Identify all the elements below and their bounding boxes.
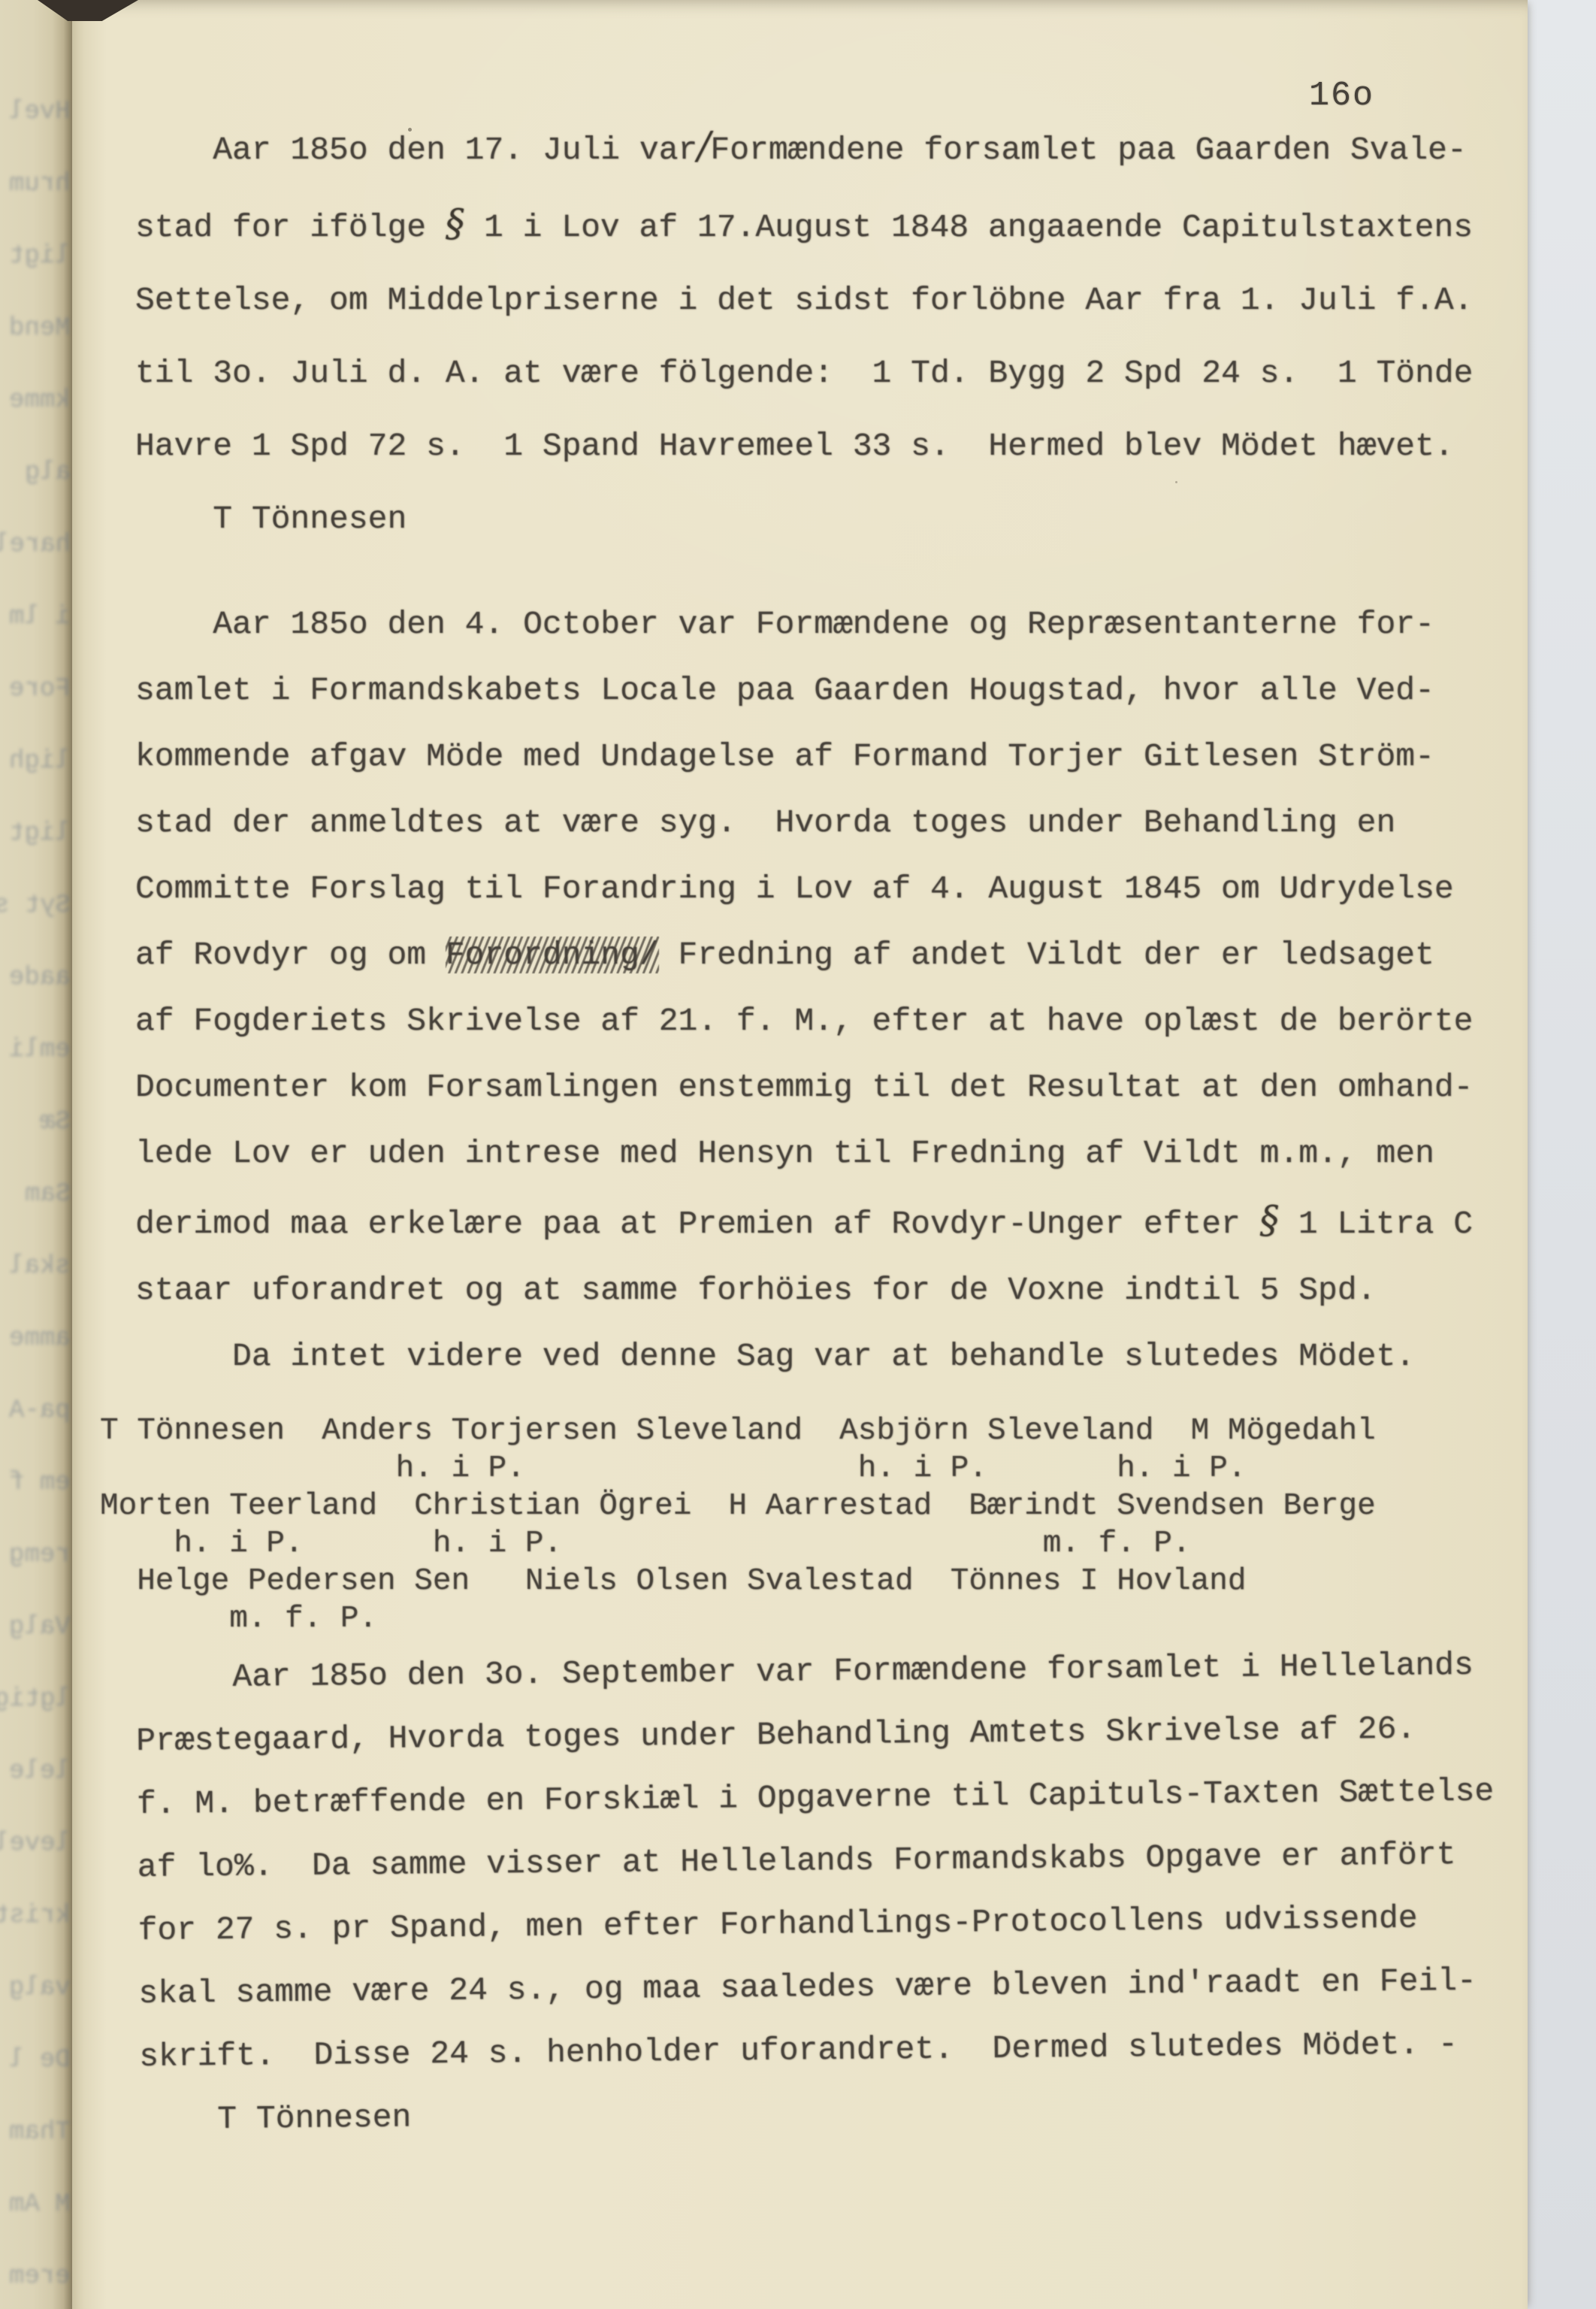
text-line: ligt bbox=[9, 242, 71, 271]
signature-block: T Tönnesen Anders Torjersen Sleveland As… bbox=[100, 1412, 1510, 1638]
text-line: T Tönnesen bbox=[135, 483, 1510, 555]
text-line: m. f. P. bbox=[100, 1600, 1510, 1638]
text-line: kmme bbox=[9, 386, 71, 415]
text-line: pa-A bbox=[9, 1397, 71, 1425]
ghost-text-column: HvelhrumligtMendkmmealghareli lmForeligh… bbox=[0, 98, 71, 2291]
text-line: Sam bbox=[25, 1180, 71, 1209]
text-span: 1 i Lov af 17.August 1848 angaaende Capi… bbox=[464, 209, 1473, 246]
hand-mark: / bbox=[697, 123, 710, 168]
text-line: derimod maa erkelære paa at Premien af R… bbox=[135, 1187, 1510, 1257]
text-span: Formændene forsamlet paa Gaarden Svale- bbox=[710, 132, 1466, 168]
scanned-document: HvelhrumligtMendkmmealghareli lmForeligh… bbox=[0, 0, 1596, 2309]
text-line: alg bbox=[25, 458, 71, 487]
text-line: stad der anmeldtes at være syg. Hvorda t… bbox=[135, 790, 1510, 856]
text-line: ligt bbox=[9, 819, 71, 848]
text-line: Documenter kom Forsamlingen enstemmig ti… bbox=[135, 1055, 1510, 1121]
text-line: h. i P. h. i P. h. i P. bbox=[100, 1450, 1510, 1487]
text-line: samlet i Formandskabets Locale paa Gaard… bbox=[135, 658, 1510, 724]
text-span: Fredning af andet Vildt der er ledsaget bbox=[659, 937, 1434, 973]
text-line: lele bbox=[9, 1757, 71, 1786]
document-text: Aar 185o den 17. Juli var/Formændene for… bbox=[135, 109, 1510, 2152]
text-line: Syt s bbox=[0, 891, 71, 920]
text-line: aade bbox=[9, 964, 71, 992]
text-line: krist bbox=[0, 1902, 71, 1930]
text-line: emli bbox=[9, 1036, 71, 1064]
text-line: Aar 185o den 17. Juli var/Formændene for… bbox=[135, 109, 1510, 186]
hand-mark: § bbox=[1260, 1197, 1279, 1242]
text-line: Da intet videre ved denne Sag var at beh… bbox=[135, 1324, 1510, 1390]
paragraph-3: Aar 185o den 3o. September var Formænden… bbox=[135, 1633, 1515, 2152]
text-line: Sæ bbox=[40, 1108, 71, 1136]
text-line: Morten Teerland Christian Ögrei H Aarres… bbox=[100, 1487, 1510, 1525]
text-line: M Am bbox=[9, 2190, 71, 2219]
text-line: Tham bbox=[9, 2118, 71, 2147]
text-line: erem bbox=[9, 2262, 71, 2291]
paper-speck bbox=[1175, 481, 1177, 483]
text-line: skal bbox=[9, 1252, 71, 1281]
text-line: T Tönnesen Anders Torjersen Sleveland As… bbox=[100, 1412, 1510, 1450]
text-line: kommende afgav Möde med Undagelse af For… bbox=[135, 724, 1510, 790]
paragraph-2: Aar 185o den 4. October var Formændene o… bbox=[135, 592, 1510, 1390]
text-line: Aar 185o den 4. October var Formændene o… bbox=[135, 592, 1510, 658]
text-line: T Tönnesen bbox=[140, 2075, 1516, 2152]
text-line: lede Lov er uden intrese med Hensyn til … bbox=[135, 1121, 1510, 1187]
hand-mark: § bbox=[446, 201, 464, 245]
text-line: harel bbox=[0, 531, 71, 559]
text-span: stad for ifölge bbox=[135, 209, 446, 246]
text-line: stad for ifölge § 1 i Lov af 17.August 1… bbox=[135, 186, 1510, 264]
text-line: hrum bbox=[9, 170, 71, 198]
text-line: til 3o. Juli d. A. at være fölgende: 1 T… bbox=[135, 337, 1510, 410]
text-line: Helge Pedersen Sen Niels Olsen Svalestad… bbox=[100, 1563, 1510, 1600]
struck-mark: Forordning/ bbox=[446, 937, 659, 973]
text-line: af Fogderiets Skrivelse af 21. f. M., ef… bbox=[135, 988, 1510, 1055]
text-span: af Rovdyr og om bbox=[135, 937, 446, 973]
text-line: valg bbox=[9, 1974, 71, 2002]
paper-speck bbox=[408, 128, 412, 132]
text-line: ligh bbox=[9, 747, 71, 776]
text-line: em f bbox=[9, 1469, 71, 1497]
adjacent-page-edge bbox=[1528, 0, 1596, 2309]
text-line: remg bbox=[9, 1541, 71, 1569]
text-line: Settelse, om Middelpriserne i det sidst … bbox=[135, 264, 1510, 337]
document-page: 16o Aar 185o den 17. Juli var/Formændene… bbox=[72, 0, 1528, 2309]
text-line: level bbox=[0, 1829, 71, 1858]
text-line: Hvel bbox=[9, 98, 71, 126]
text-line: af Rovdyr og om Forordning/ Fredning af … bbox=[135, 922, 1510, 988]
text-line: Mend bbox=[9, 314, 71, 343]
text-line: Committe Forslag til Forandring i Lov af… bbox=[135, 856, 1510, 922]
text-line: Valg bbox=[9, 1613, 71, 1642]
text-span: Aar 185o den 17. Juli var bbox=[135, 132, 697, 168]
text-line: staar uforandret og at samme forhöies fo… bbox=[135, 1257, 1510, 1324]
text-line: De l bbox=[9, 2046, 71, 2074]
text-line: skrift. Disse 24 s. henholder uforandret… bbox=[139, 2012, 1515, 2089]
text-line: lgtig bbox=[0, 1685, 71, 1714]
text-line: Fore bbox=[9, 675, 71, 704]
text-line: h. i P. h. i P. m. f. P. bbox=[100, 1525, 1510, 1563]
text-span: derimod maa erkelære paa at Premien af R… bbox=[135, 1206, 1260, 1242]
text-span: 1 Litra C bbox=[1279, 1206, 1473, 1242]
paragraph-1: Aar 185o den 17. Juli var/Formændene for… bbox=[135, 109, 1510, 555]
text-line: i lm bbox=[9, 603, 71, 631]
text-line: amme bbox=[9, 1324, 71, 1353]
text-line: Havre 1 Spd 72 s. 1 Spand Havremeel 33 s… bbox=[135, 410, 1510, 483]
previous-page-edge: HvelhrumligtMendkmmealghareli lmForeligh… bbox=[0, 0, 72, 2309]
